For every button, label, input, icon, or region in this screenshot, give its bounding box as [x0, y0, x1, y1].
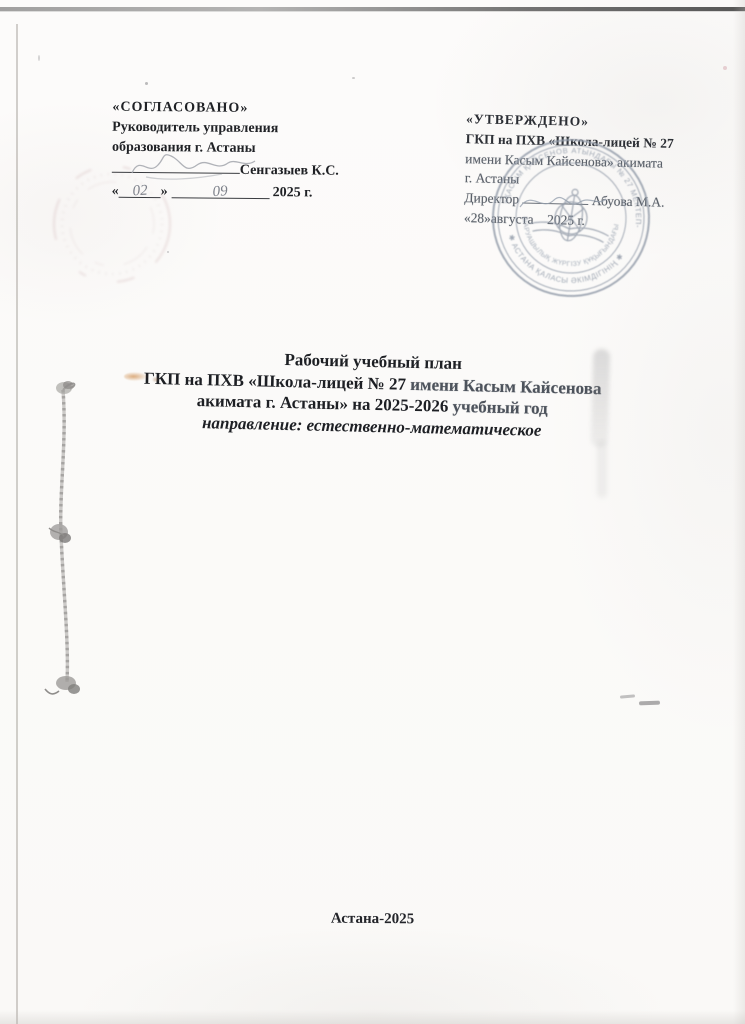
page-right-shading — [733, 0, 745, 1024]
faint-stamp-impression — [46, 158, 178, 290]
official-round-stamp: «ҚАСЫМ ҚАЙСЕНОВ АТЫНДАҒЫ № 27 МЕКТЕП-ЛИЦ… — [474, 121, 669, 316]
approver-role-line1: Руководитель управления — [112, 118, 402, 141]
gray-smear — [591, 349, 611, 447]
thread-knot-middle — [49, 524, 71, 543]
orange-stain-small — [151, 377, 160, 382]
gray-smear-lower — [597, 440, 607, 498]
thread-knot-top — [56, 381, 73, 394]
scanned-page-background: «СОГЛАСОВАНО» Руководитель управления об… — [0, 0, 745, 1024]
ink-mark — [620, 694, 635, 698]
footer-city-year: Астана-2025 — [0, 908, 745, 932]
binding-thread — [40, 372, 92, 706]
title-line3-faded: учебный год — [452, 397, 548, 418]
ink-mark — [639, 701, 660, 706]
page-left-edge — [16, 24, 18, 1024]
scan-speck — [167, 251, 169, 253]
agreed-heading: «СОГЛАСОВАНО» — [112, 98, 402, 121]
document-title: Рабочий учебный план ГКП на ПХВ «Школа-л… — [0, 343, 745, 446]
scan-speck — [145, 82, 148, 85]
thread-knot-bottom — [45, 676, 80, 694]
scan-speck — [38, 55, 40, 61]
scan-speck — [352, 77, 355, 79]
scan-top-edge-shadow — [0, 11, 745, 12]
scan-speck — [723, 66, 727, 70]
date-year: 2025 г. — [273, 185, 313, 200]
stamp-emblem — [528, 183, 615, 247]
title-line2-faded: имени Касым Кайсенова — [410, 374, 602, 397]
handwritten-month: 09 — [212, 181, 228, 202]
orange-stain — [124, 372, 148, 381]
page-bottom-shading — [0, 1010, 745, 1024]
title-line2-main: ГКП на ПХВ «Школа-лицей № 27 — [144, 368, 411, 393]
